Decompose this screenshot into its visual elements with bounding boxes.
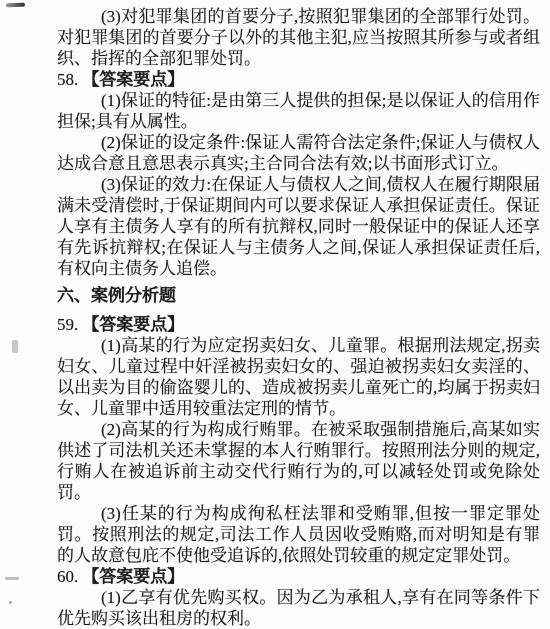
section-heading-case-analysis: 六、案例分析题 bbox=[57, 285, 540, 306]
scanned-document-page: (3)对犯罪集团的首要分子,按照犯罪集团的全部罪行处罚。对犯罪集团的首要分子以外… bbox=[0, 0, 550, 629]
item-label-58: 【答案要点】 bbox=[82, 70, 184, 89]
answer-heading-60: 60.【答案要点】 bbox=[57, 566, 540, 587]
paragraph-59-point2: (2)高某的行为构成行贿罪。在被采取强制措施后,高某如实供述了司法机关还未掌握的… bbox=[57, 419, 540, 503]
paragraph-59-point3: (3)任某的行为构成徇私枉法罪和受贿罪,但按一罪定罪处罚。按照刑法的规定,司法工… bbox=[57, 503, 540, 566]
scan-dot-bottom-left bbox=[9, 601, 12, 604]
scan-smudge-left bbox=[12, 340, 18, 353]
scan-dash-bottom-left bbox=[5, 577, 19, 580]
document-content: (3)对犯罪集团的首要分子,按照犯罪集团的全部罪行处罚。对犯罪集团的首要分子以外… bbox=[57, 6, 540, 629]
item-number-60: 60. bbox=[57, 567, 78, 586]
pen-mark-top-left bbox=[6, 3, 25, 8]
paragraph-59-point1: (1)高某的行为应定拐卖妇女、儿童罪。根据刑法规定,拐卖妇女、儿童过程中奸淫被拐… bbox=[57, 335, 540, 419]
item-label-60: 【答案要点】 bbox=[82, 567, 184, 586]
paragraph-item57-point3: (3)对犯罪集团的首要分子,按照犯罪集团的全部罪行处罚。对犯罪集团的首要分子以外… bbox=[57, 6, 540, 69]
paragraph-58-point3: (3)保证的效力:在保证人与债权人之间,债权人在履行期限届满未受清偿时,于保证期… bbox=[57, 174, 540, 279]
item-label-59: 【答案要点】 bbox=[82, 315, 184, 334]
answer-heading-58: 58.【答案要点】 bbox=[57, 69, 540, 90]
answer-heading-59: 59.【答案要点】 bbox=[57, 314, 540, 335]
item-number-59: 59. bbox=[57, 315, 78, 334]
item-number-58: 58. bbox=[57, 70, 78, 89]
paragraph-58-point1: (1)保证的特征:是由第三人提供的担保;是以保证人的信用作担保;具有从属性。 bbox=[57, 90, 540, 132]
paragraph-60-point1: (1)乙享有优先购买权。因为乙为承租人,享有在同等条件下优先购买该出租房的权利。 bbox=[57, 587, 540, 629]
paragraph-58-point2: (2)保证的设定条件:保证人需符合法定条件;保证人与债权人达成合意且意思表示真实… bbox=[57, 132, 540, 174]
